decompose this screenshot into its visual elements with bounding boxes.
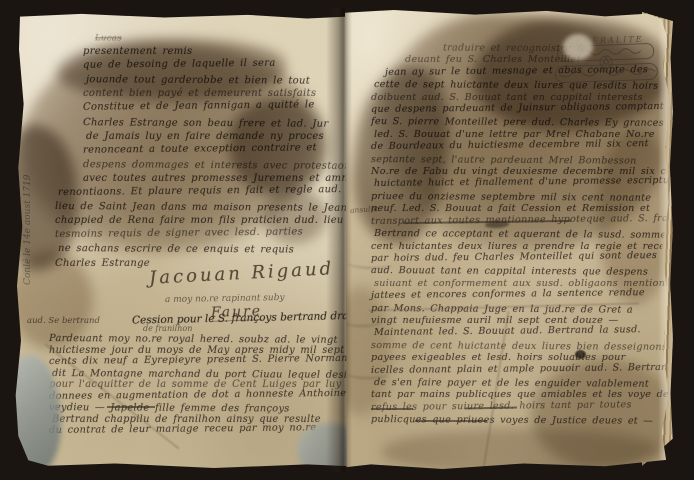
manuscript-line: transport aux toutes mentionnee hypotequ… xyxy=(371,212,670,228)
manuscript-line: Lucas xyxy=(55,31,347,47)
manuscript-line: Pardeuant moy no.re royal hered. soubz a… xyxy=(49,333,347,346)
manuscript-line: Constitue et de Jean fannigan a quitté l… xyxy=(55,98,347,116)
act-section-subheading: de franilhon xyxy=(143,324,192,333)
stamp-ornament xyxy=(559,69,655,77)
manuscript-line: refus les pour suiure lesd. hoirs tant p… xyxy=(371,398,670,414)
manuscript-line: que de besoing de laquelle il sera xyxy=(55,56,347,74)
control-date-margin-note: Conlé le 14e aoust 1719 xyxy=(23,125,33,285)
manuscript-line: de s'en faire payer et de les enguider v… xyxy=(374,377,670,391)
manuscript-line: Bertrand ce acceptant et aquerant de la … xyxy=(374,228,670,242)
manuscript-line: tesmoins requis de signer avec lesd. par… xyxy=(55,225,347,243)
stain-blob xyxy=(381,428,665,469)
manuscript-line: huictante huict et finallement d'une pro… xyxy=(374,175,670,191)
manuscript-line: despens dommages et interests avec prote… xyxy=(55,158,347,174)
manuscript-line: ne sachans escrire de ce enquis et requi… xyxy=(58,242,347,258)
left-top-text-block: Lucaspresentement remisque de besoing de… xyxy=(55,31,347,271)
manuscript-line: que despens pardeuant de Juinsur obligao… xyxy=(371,101,670,117)
notary-attestation-line: a moy no.re rapinant suby xyxy=(165,293,285,305)
manuscript-line: veydieu — Japelde fille femme des franço… xyxy=(49,402,347,415)
manuscript-line: Maintenant led. S. Bouuat aud. Bertrand … xyxy=(374,324,670,340)
manuscript-line: renontiaons. Et plaure requis en fait et… xyxy=(58,183,347,201)
manuscript-line: par hoirs dud. feu Charles Monteillet qu… xyxy=(371,249,670,265)
manuscript-scan: Lucaspresentement remisque de besoing de… xyxy=(0,0,694,480)
manuscript-line: par Mons. Chappaia Juge en la jud.re de … xyxy=(371,303,670,317)
manuscript-page-right: ansulpt traduire et recognoistre &deuant… xyxy=(345,10,670,469)
manuscript-line: septante sept, l'autre pardeuant Mrel Bo… xyxy=(371,154,670,168)
manuscript-line: publicques que priuees voyes de Justice … xyxy=(371,414,670,428)
manuscript-line: feu S. pierre Monteillet pere dud. Charl… xyxy=(371,116,670,130)
left-body-text-block: Pardeuant moy no.re royal hered. soubz a… xyxy=(49,333,347,437)
left-margin-note: aud. Se bertrand xyxy=(27,316,100,326)
tax-stamp: GENERALITE xyxy=(549,32,663,92)
manuscript-line: jattees et encores conformes a la senten… xyxy=(371,287,670,303)
manuscript-line: lieu de Saint Jean dans ma maison presen… xyxy=(55,200,347,216)
stamp-ornament xyxy=(561,48,641,56)
manuscript-line: somme de cent huictante deux liures bien… xyxy=(371,340,670,354)
manuscript-line: cents dix neuf a Eyrepieyre present S. P… xyxy=(49,353,347,368)
manuscript-line: de Bourdeaux du huictiesme decembre mil … xyxy=(371,138,670,154)
manuscript-line: priuee du onziesme septembre mil six cen… xyxy=(371,191,670,205)
manuscript-line: Charles Estrange son beau frere et lad. … xyxy=(55,116,347,132)
right-body-text-block: traduire et recognoistre &deuant feu S. … xyxy=(371,42,670,427)
manuscript-page-left: Lucaspresentement remisque de besoing de… xyxy=(15,13,347,468)
manuscript-line: du contrat de leur mariage receu par moy… xyxy=(49,422,347,437)
manuscript-line: renonceant a toute exception contraire e… xyxy=(55,140,347,158)
